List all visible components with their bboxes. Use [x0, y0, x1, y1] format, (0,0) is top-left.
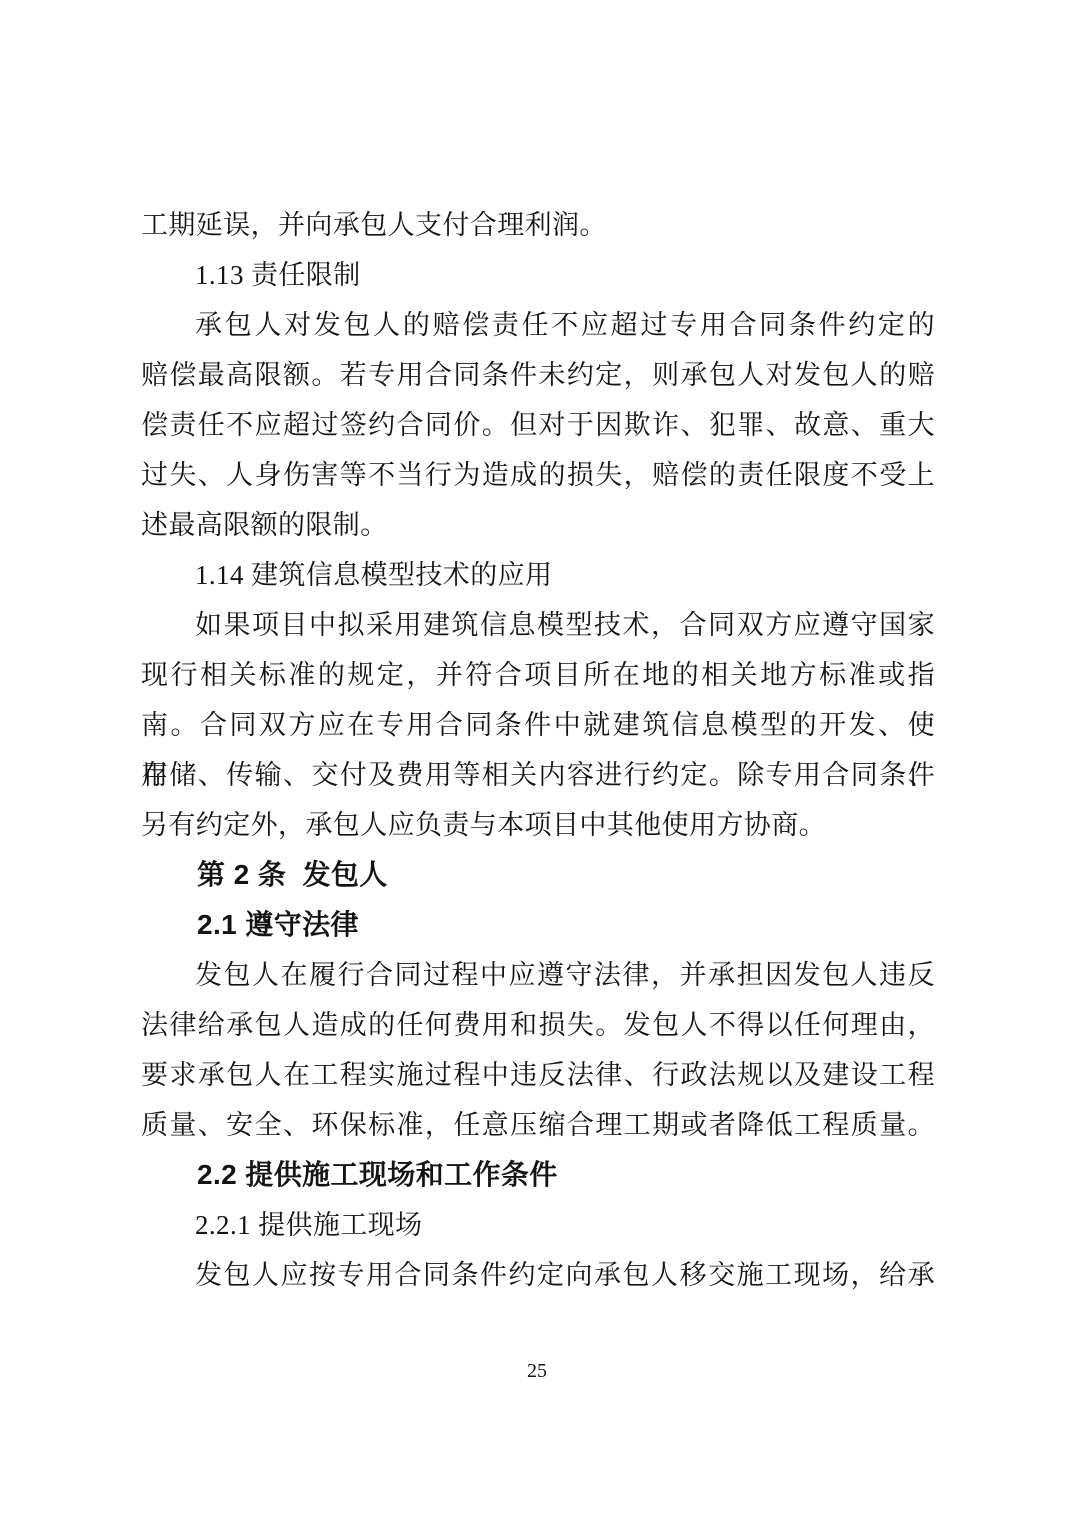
paragraph-line: 述最高限额的限制。	[141, 500, 935, 550]
heading-2-2-1: 2.2.1 提供施工现场	[141, 1200, 935, 1250]
paragraph-line: 过失、人身伤害等不当行为造成的损失，赔偿的责任限度不受上	[141, 450, 935, 500]
page-number: 25	[0, 1356, 1074, 1386]
paragraph-line: 另有约定外，承包人应负责与本项目中其他使用方协商。	[141, 800, 935, 850]
paragraph-line: 如果项目中拟采用建筑信息模型技术，合同双方应遵守国家	[141, 600, 935, 650]
paragraph-line: 发包人在履行合同过程中应遵守法律，并承担因发包人违反	[141, 950, 935, 1000]
heading-2-2: 2.2 提供施工现场和工作条件	[141, 1150, 935, 1200]
heading-article-2: 第 2 条 发包人	[141, 850, 935, 900]
paragraph-line: 发包人应按专用合同条件约定向承包人移交施工现场，给承	[141, 1250, 935, 1300]
heading-2-1: 2.1 遵守法律	[141, 900, 935, 950]
paragraph-line: 承包人对发包人的赔偿责任不应超过专用合同条件约定的	[141, 300, 935, 350]
paragraph-continuation-line: 工期延误，并向承包人支付合理利润。	[141, 200, 935, 250]
paragraph-line: 赔偿最高限额。若专用合同条件未约定，则承包人对发包人的赔	[141, 350, 935, 400]
heading-1-14: 1.14 建筑信息模型技术的应用	[141, 550, 935, 600]
paragraph-line: 南。合同双方应在专用合同条件中就建筑信息模型的开发、使用、	[141, 700, 935, 750]
heading-1-13: 1.13 责任限制	[141, 250, 935, 300]
paragraph-line: 偿责任不应超过签约合同价。但对于因欺诈、犯罪、故意、重大	[141, 400, 935, 450]
document-body: 工期延误，并向承包人支付合理利润。 1.13 责任限制 承包人对发包人的赔偿责任…	[141, 200, 935, 1300]
paragraph-line: 质量、安全、环保标准，任意压缩合理工期或者降低工程质量。	[141, 1100, 935, 1150]
paragraph-line: 现行相关标准的规定，并符合项目所在地的相关地方标准或指	[141, 650, 935, 700]
paragraph-line: 存储、传输、交付及费用等相关内容进行约定。除专用合同条件	[141, 750, 935, 800]
paragraph-line: 法律给承包人造成的任何费用和损失。发包人不得以任何理由，	[141, 1000, 935, 1050]
paragraph-line: 要求承包人在工程实施过程中违反法律、行政法规以及建设工程	[141, 1050, 935, 1100]
document-page: 工期延误，并向承包人支付合理利润。 1.13 责任限制 承包人对发包人的赔偿责任…	[0, 0, 1074, 1520]
